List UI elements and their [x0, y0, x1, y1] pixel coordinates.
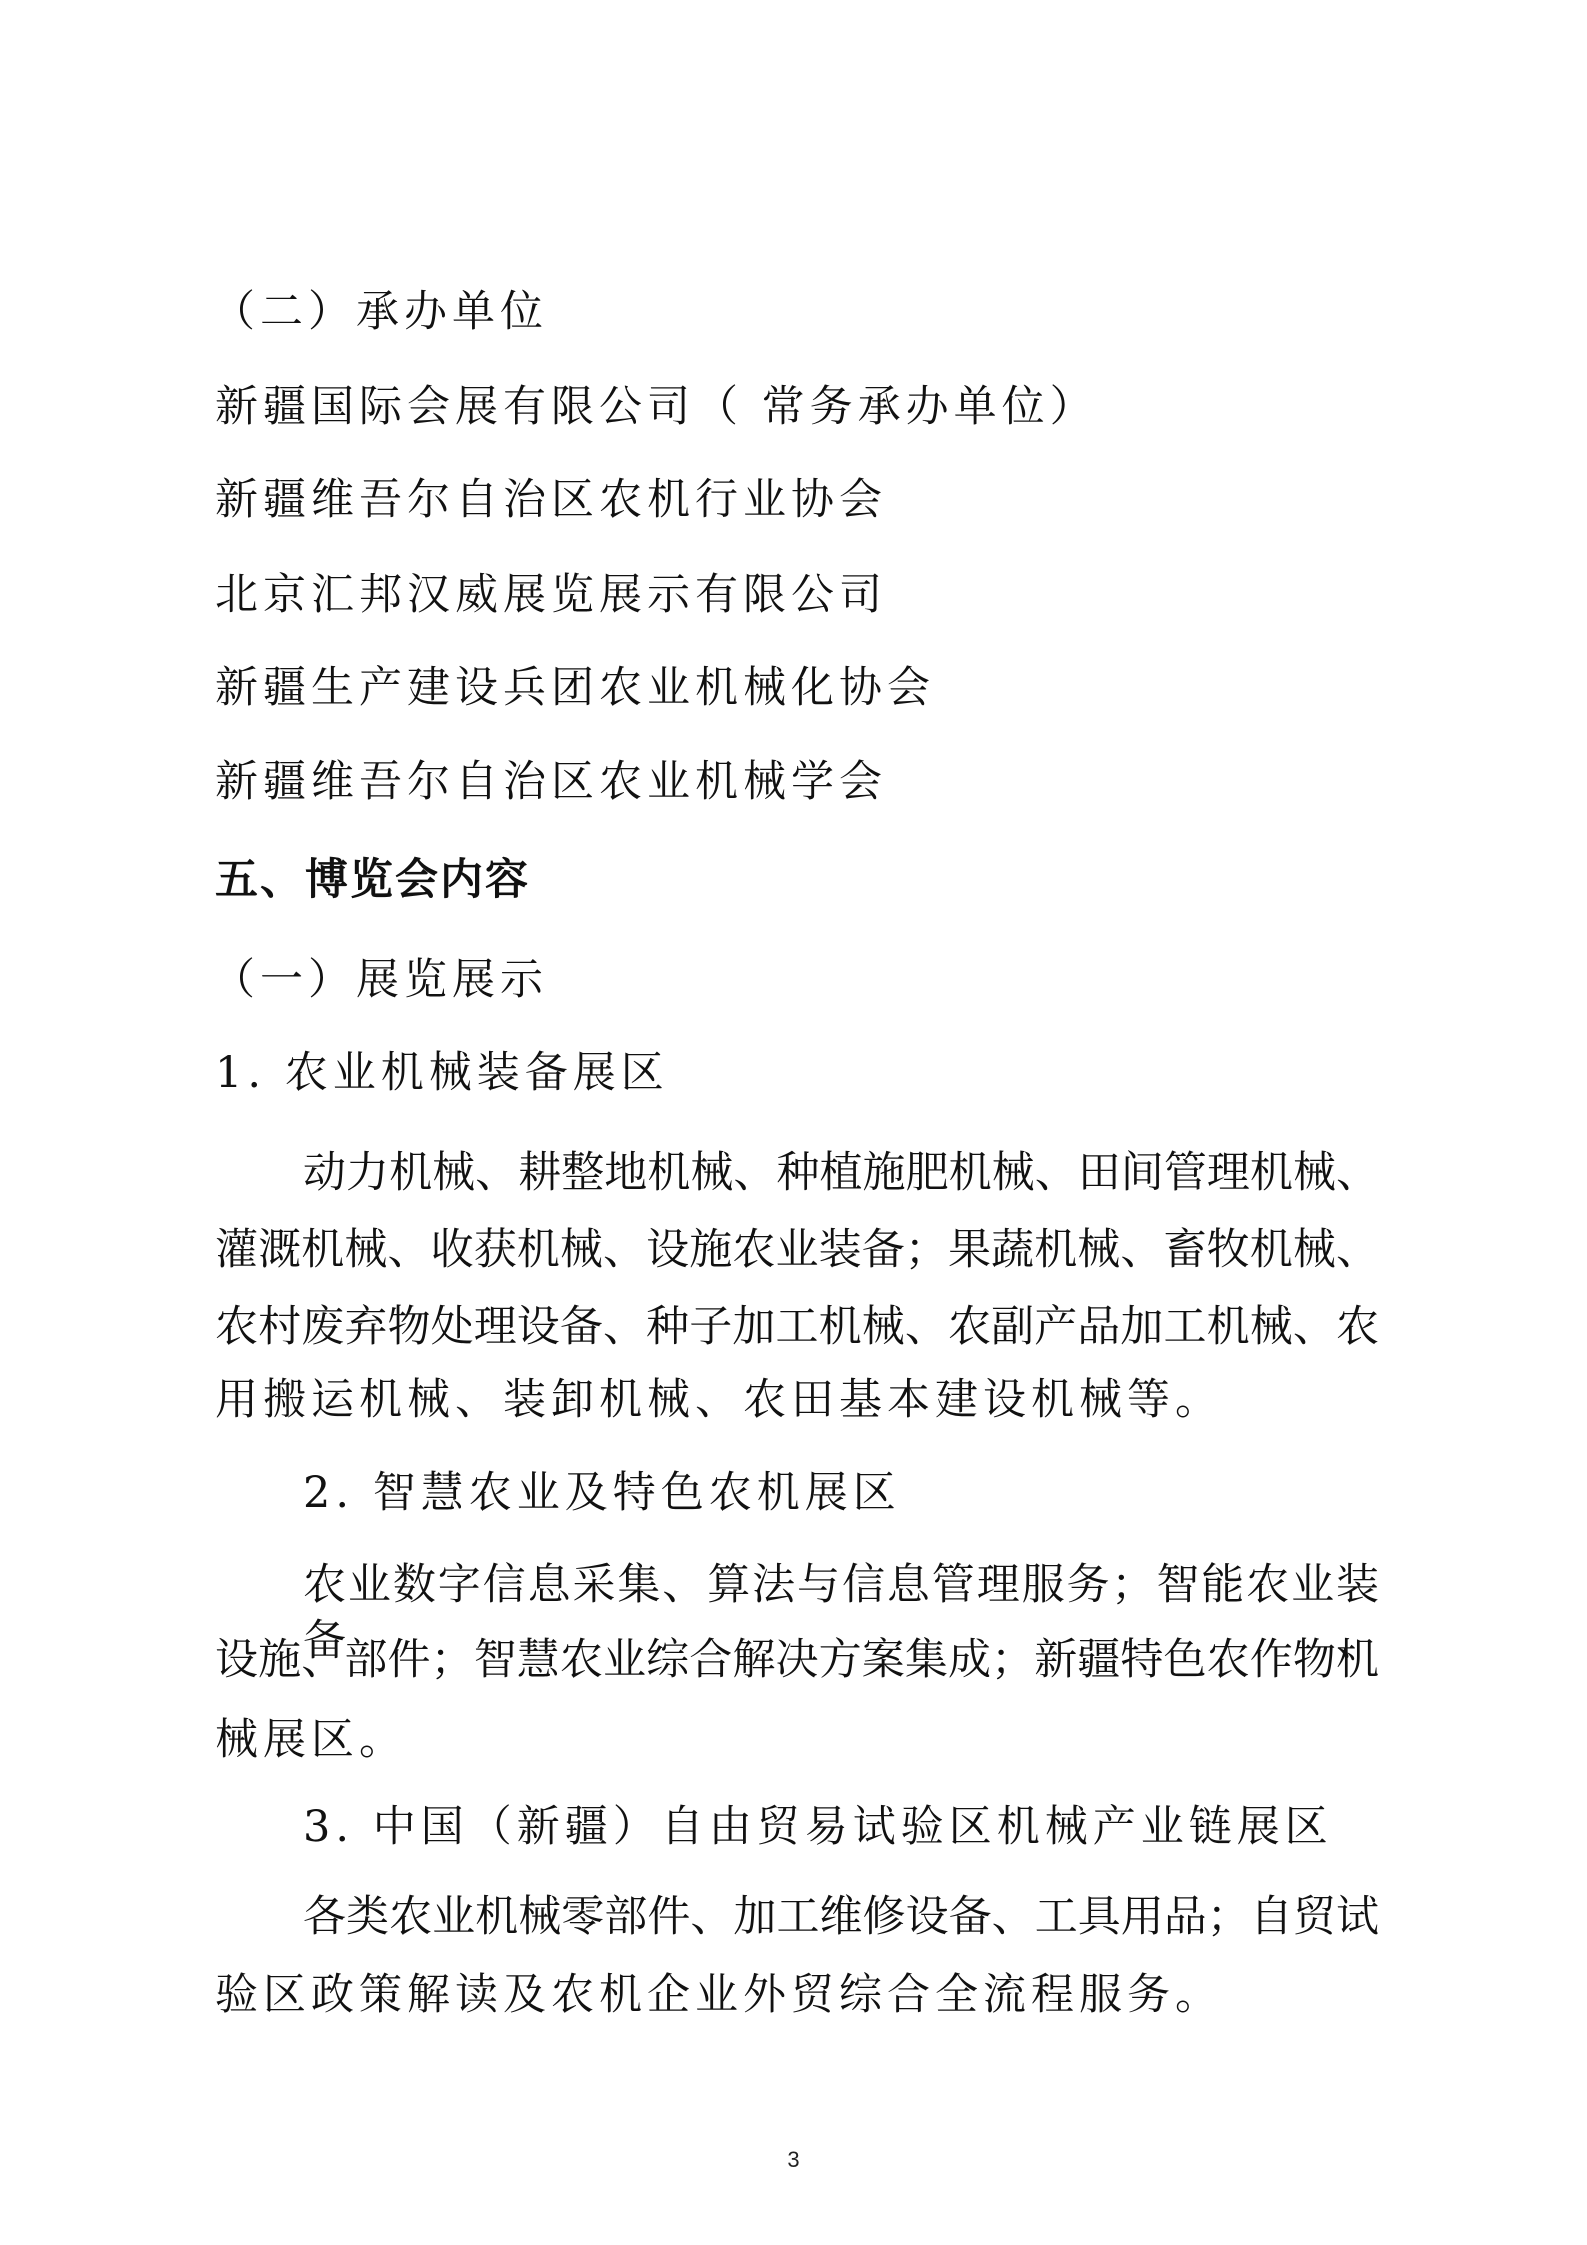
zone-desc-line: 农村废弃物处理设备、种子加工机械、农副产品加工机械、农 — [215, 1299, 1379, 1355]
zone-title: 3. 中国（新疆）自由贸易试验区机械产业链展区 — [303, 1799, 1467, 1855]
zone-title: 1. 农业机械装备展区 — [215, 1045, 1379, 1101]
page-number: 3 — [0, 2147, 1587, 2173]
zone-desc-line: 灌溉机械、收获机械、设施农业装备；果蔬机械、畜牧机械、 — [215, 1222, 1379, 1278]
document-page: （二）承办单位 新疆国际会展有限公司（ 常务承办单位） 新疆维吾尔自治区农机行业… — [0, 0, 1587, 2245]
zone-desc-line: 用搬运机械、装卸机械、农田基本建设机械等。 — [215, 1372, 1379, 1428]
zone-title: 2. 智慧农业及特色农机展区 — [303, 1465, 1467, 1521]
zone-desc-line: 设施、部件；智慧农业综合解决方案集成；新疆特色农作物机 — [215, 1632, 1379, 1688]
section-heading: 五、博览会内容 — [215, 852, 1379, 908]
zone-desc-line: 动力机械、耕整地机械、种植施肥机械、田间管理机械、 — [303, 1145, 1379, 1201]
organizer-item: 新疆维吾尔自治区农机行业协会 — [215, 472, 1379, 528]
zone-desc-line: 验区政策解读及农机企业外贸综合全流程服务。 — [215, 1967, 1379, 2023]
organizers-heading: （二）承办单位 — [212, 284, 1376, 340]
subsection-heading: （一）展览展示 — [212, 952, 1376, 1008]
organizer-item: 新疆维吾尔自治区农业机械学会 — [215, 754, 1379, 810]
organizer-item: 新疆生产建设兵团农业机械化协会 — [215, 660, 1379, 716]
organizer-item: 新疆国际会展有限公司（ 常务承办单位） — [215, 379, 1379, 435]
organizer-item: 北京汇邦汉威展览展示有限公司 — [215, 567, 1379, 623]
zone-desc-line: 械展区。 — [215, 1712, 1379, 1768]
zone-desc-line: 各类农业机械零部件、加工维修设备、工具用品；自贸试 — [303, 1889, 1379, 1945]
